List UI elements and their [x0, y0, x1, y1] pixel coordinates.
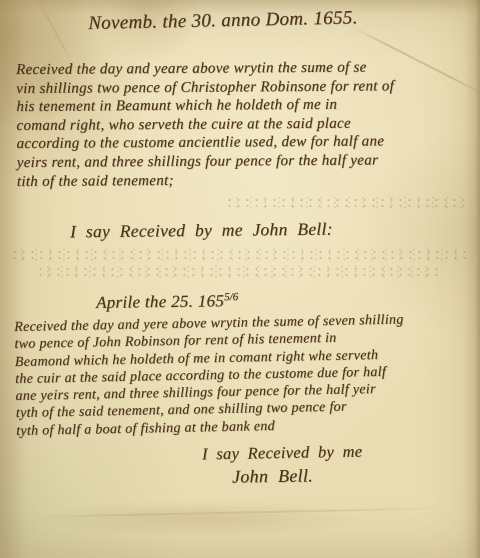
- split-year-fraction: 5/6: [224, 291, 238, 303]
- paper-crease: [28, 507, 452, 518]
- entry-1-body: Received the day and yeare above wrytin …: [16, 58, 473, 191]
- entry-1-signature-line: I say Received by me John Bell:: [70, 219, 333, 243]
- ink-bleedthrough: [36, 266, 438, 278]
- entry-2-body: Received the day and yere above wrytin t…: [14, 310, 480, 440]
- entry-2-signature-line: I say Received by me: [202, 442, 363, 465]
- ink-bleedthrough: [10, 249, 466, 261]
- date-text: Aprile the 25. 165: [96, 291, 224, 312]
- ink-bleedthrough: [225, 197, 465, 210]
- entry-2-signature-name: John Bell.: [232, 465, 313, 487]
- manuscript-page: Novemb. the 30. anno Dom. 1655. Received…: [0, 0, 480, 558]
- entry-1-date-heading: Novemb. the 30. anno Dom. 1655.: [88, 7, 358, 35]
- entry-2-date-heading: Aprile the 25. 1655/6: [96, 291, 238, 313]
- receipt-text-line: tith of the said tenement;: [17, 169, 473, 191]
- paper-crease: [39, 3, 74, 66]
